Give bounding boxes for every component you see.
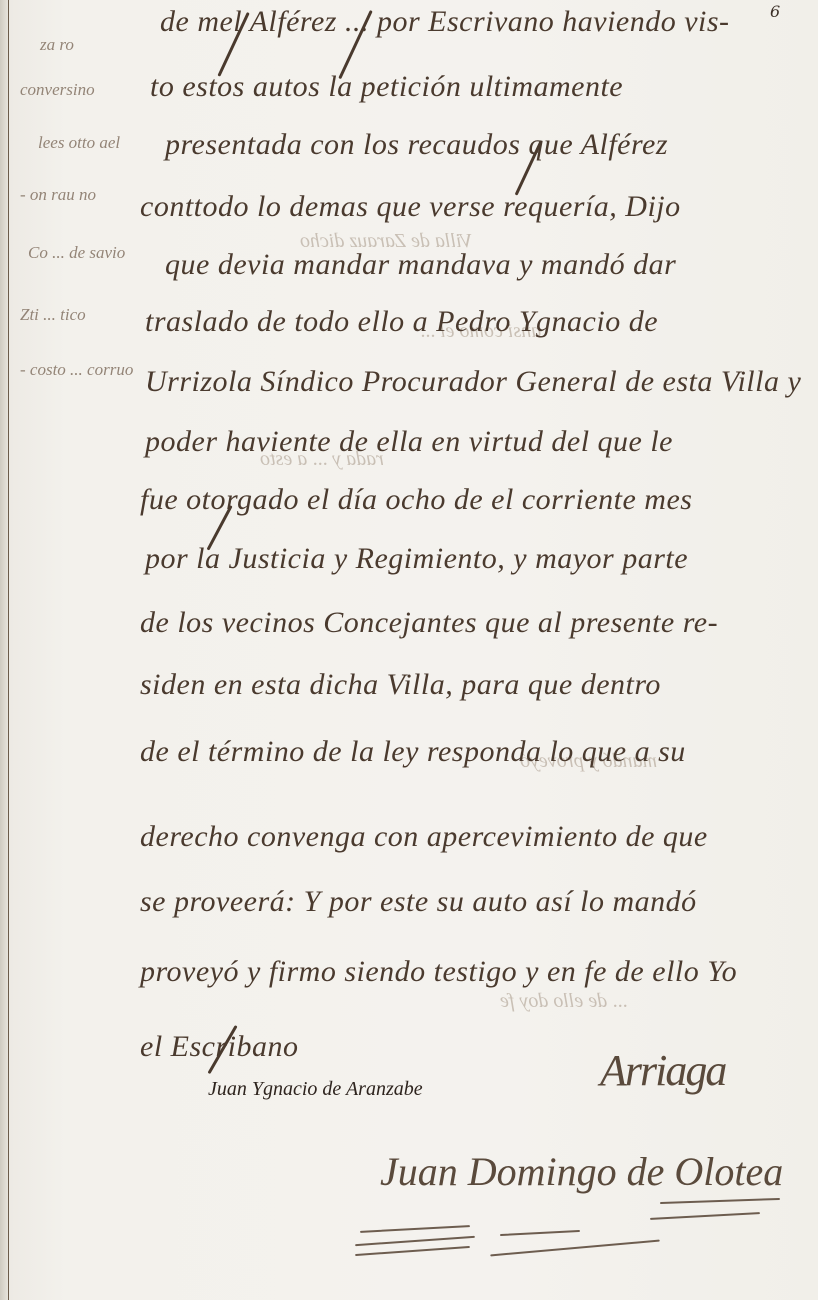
- signature-flourish: [660, 1198, 780, 1204]
- signature-rubric: Arriaga: [600, 1045, 725, 1096]
- margin-note: za ro: [40, 35, 74, 55]
- margin-note: Co ... de savio: [28, 243, 125, 263]
- bleed-through-text: ... de ello doy fe: [500, 990, 627, 1013]
- body-line: derecho convenga con apercevimiento de q…: [140, 820, 800, 854]
- body-line: de mel Alférez ... por Escrivano haviend…: [160, 5, 818, 39]
- body-line: que devia mandar mandava y mandó dar: [165, 248, 818, 282]
- signature-flourish: [355, 1246, 470, 1256]
- body-line: Urrizola Síndico Procurador General de e…: [145, 365, 805, 399]
- body-line: proveyó y firmo siendo testigo y en fe d…: [140, 955, 800, 989]
- binding-edge: [0, 0, 9, 1300]
- body-line: poder haviente de ella en virtud del que…: [145, 425, 805, 459]
- body-line: por la Justicia y Regimiento, y mayor pa…: [145, 542, 805, 576]
- body-line: presentada con los recaudos que Alférez: [165, 128, 818, 162]
- body-line: traslado de todo ello a Pedro Ygnacio de: [145, 305, 805, 339]
- signature-flourish: [650, 1212, 760, 1220]
- signature-notary: Juan Domingo de Olotea: [380, 1148, 783, 1195]
- manuscript-page: 6 Villa de Zarauz dicho ansi como el ...…: [0, 0, 818, 1300]
- signature-flourish: [500, 1230, 580, 1236]
- body-line: se proveerá: Y por este su auto así lo m…: [140, 885, 800, 919]
- signature-flourish: [355, 1236, 475, 1246]
- body-line: siden en esta dicha Villa, para que dent…: [140, 668, 800, 702]
- signature-flourish: [490, 1240, 660, 1257]
- signature-juan-ygnacio: Juan Ygnacio de Aranzabe: [208, 1078, 423, 1101]
- body-line: to estos autos la petición ultimamente: [150, 70, 810, 104]
- margin-note: - costo ... corruo: [20, 360, 133, 380]
- body-line: conttodo lo demas que verse requería, Di…: [140, 190, 800, 224]
- body-line: de el término de la ley responda lo que …: [140, 735, 800, 769]
- margin-note: lees otto ael: [38, 133, 120, 153]
- margin-note: conversino: [20, 80, 95, 100]
- signature-flourish: [360, 1225, 470, 1233]
- body-line: de los vecinos Concejantes que al presen…: [140, 606, 800, 640]
- margin-note: Zti ... tico: [20, 305, 86, 325]
- body-line: fue otorgado el día ocho de el corriente…: [140, 483, 800, 517]
- margin-note: - on rau no: [20, 185, 96, 205]
